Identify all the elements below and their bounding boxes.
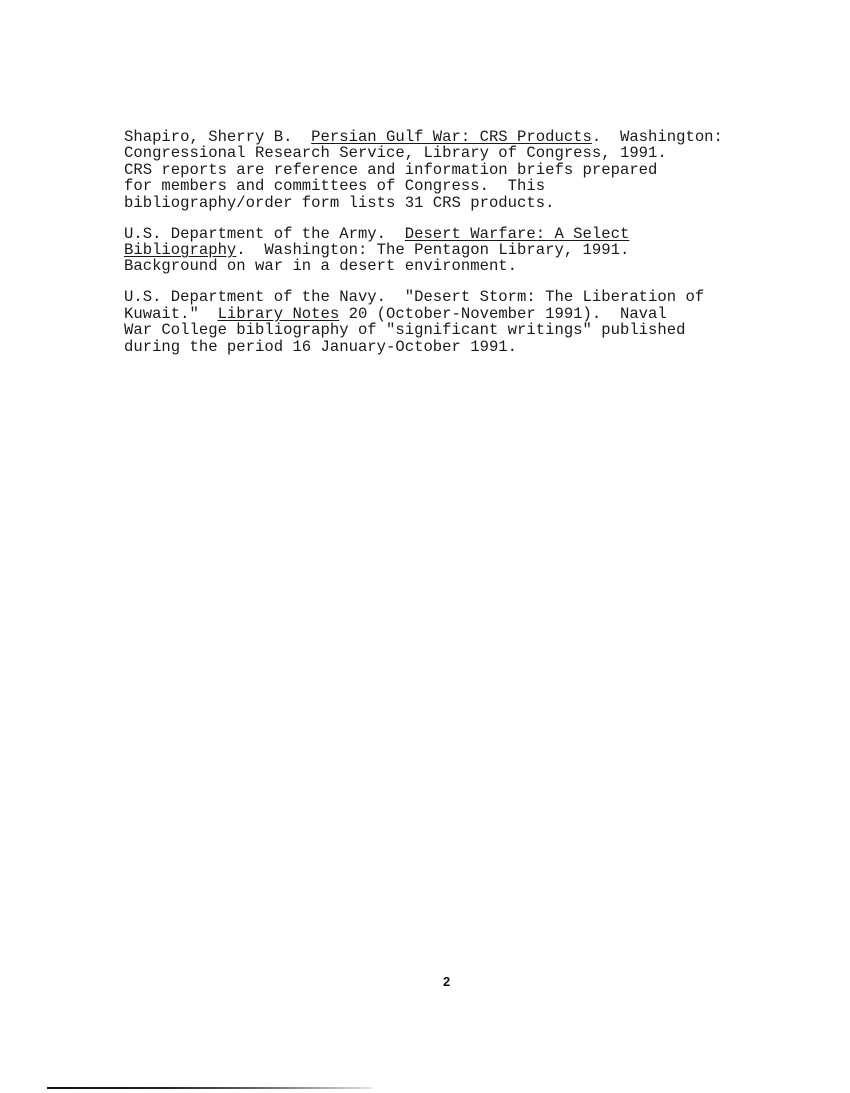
title-underlined: Desert Warfare: A Select (405, 225, 630, 243)
bibliography-entry-shapiro: Shapiro, Sherry B. Persian Gulf War: CRS… (124, 129, 814, 211)
document-page: Shapiro, Sherry B. Persian Gulf War: CRS… (0, 0, 850, 1093)
publisher-text: . Washington: The Pentagon Library, 1991… (236, 241, 629, 259)
entry-line: U.S. Department of the Navy. "Desert Sto… (173, 289, 814, 305)
author: Shapiro, Sherry B. (124, 128, 311, 146)
publisher-text: . Washington: (592, 128, 723, 146)
entry-line: Shapiro, Sherry B. Persian Gulf War: CRS… (173, 129, 814, 145)
title-underlined: Persian Gulf War: CRS Products (311, 128, 592, 146)
entry-line: Kuwait." Library Notes 20 (October-Novem… (173, 306, 814, 322)
page-number: 2 (443, 974, 450, 989)
entry-line: during the period 16 January-October 199… (173, 339, 814, 355)
bibliography-entry-army: U.S. Department of the Army. Desert Warf… (124, 226, 814, 275)
issue-text: 20 (October-November 1991). Naval (339, 305, 667, 323)
title-underlined: Bibliography (124, 241, 236, 259)
article-title-end: Kuwait." (124, 305, 218, 323)
scan-artifact-line (47, 1087, 372, 1089)
bibliography-list: Shapiro, Sherry B. Persian Gulf War: CRS… (124, 129, 814, 370)
entry-line: Background on war in a desert environmen… (173, 258, 814, 274)
journal-title-underlined: Library Notes (218, 305, 340, 323)
entry-line: U.S. Department of the Army. Desert Warf… (173, 226, 814, 242)
entry-line: bibliography/order form lists 31 CRS pro… (173, 195, 814, 211)
author: U.S. Department of the Army. (124, 225, 405, 243)
entry-line: CRS reports are reference and informatio… (173, 162, 814, 178)
entry-line: for members and committees of Congress. … (173, 178, 814, 194)
entry-line: War College bibliography of "significant… (173, 322, 814, 338)
entry-line: Congressional Research Service, Library … (173, 145, 814, 161)
entry-line: Bibliography. Washington: The Pentagon L… (173, 242, 814, 258)
bibliography-entry-navy: U.S. Department of the Navy. "Desert Sto… (124, 289, 814, 355)
